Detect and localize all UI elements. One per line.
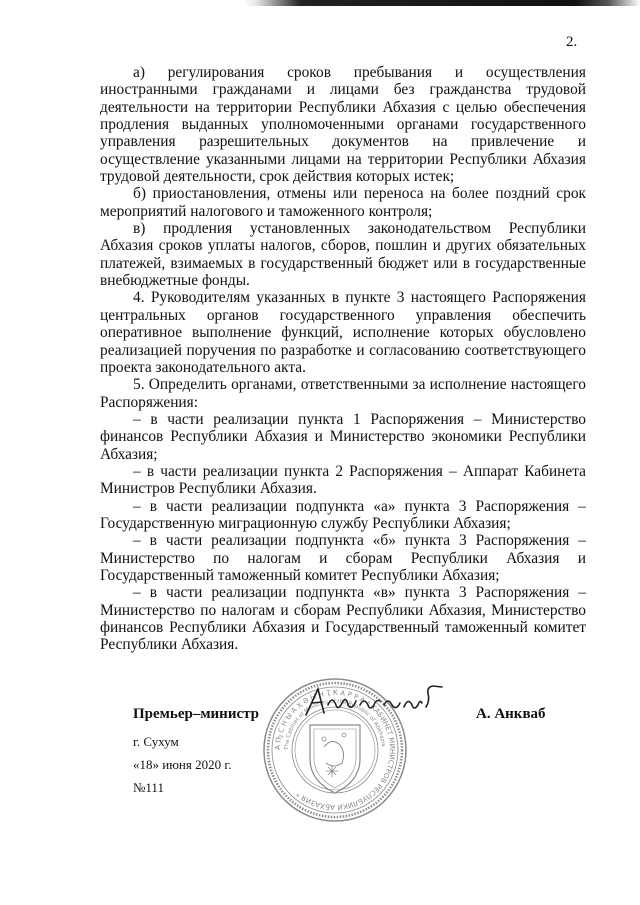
- scan-edge-shadow: [0, 0, 640, 6]
- paragraph-subitem-a: а) регулирования сроков пребывания и осу…: [100, 64, 586, 185]
- svg-text:The Cabinet of Ministers of th: The Cabinet of Ministers of the Republic…: [284, 699, 386, 751]
- paragraph-item-5-point-3a: – в части реализации подпункта «а» пункт…: [100, 498, 586, 533]
- paragraph-item-5-point-3v: – в части реализации подпункта «в» пункт…: [100, 584, 586, 653]
- handwritten-signature-icon: [300, 683, 445, 723]
- signer-title: Премьер–министр: [133, 706, 259, 723]
- paragraph-item-5-point-2: – в части реализации пункта 2 Распоряжен…: [100, 463, 586, 498]
- paragraph-item-5: 5. Определить органами, ответственными з…: [100, 376, 586, 411]
- svg-text:А Ҧ С Н Ы А Ҳ Ә Ы Н Ҭ Ҟ А Р Р: А Ҧ С Н Ы А Ҳ Ә Ы Н Ҭ Ҟ А Р Р А * КАБИНЕ…: [274, 689, 396, 811]
- paragraph-item-5-point-3b: – в части реализации подпункта «б» пункт…: [100, 532, 586, 584]
- signer-name: А. Анкваб: [476, 706, 546, 723]
- document-number: №111: [133, 780, 164, 795]
- paragraph-item-5-point-1: – в части реализации пункта 1 Распоряжен…: [100, 411, 586, 463]
- document-body: а) регулирования сроков пребывания и осу…: [100, 64, 586, 654]
- paragraph-item-4: 4. Руководителям указанных в пункте 3 на…: [100, 289, 586, 376]
- document-date: «18» июня 2020 г.: [133, 757, 231, 772]
- document-city: г. Сухум: [133, 734, 179, 749]
- paragraph-subitem-v: в) продления установленных законодательс…: [100, 220, 586, 289]
- official-stamp-icon: А Ҧ С Н Ы А Ҳ Ә Ы Н Ҭ Ҟ А Р Р А * КАБИНЕ…: [262, 677, 408, 823]
- paragraph-subitem-b: б) приостановления, отмены или переноса …: [100, 185, 586, 220]
- page-number: 2.: [566, 34, 577, 51]
